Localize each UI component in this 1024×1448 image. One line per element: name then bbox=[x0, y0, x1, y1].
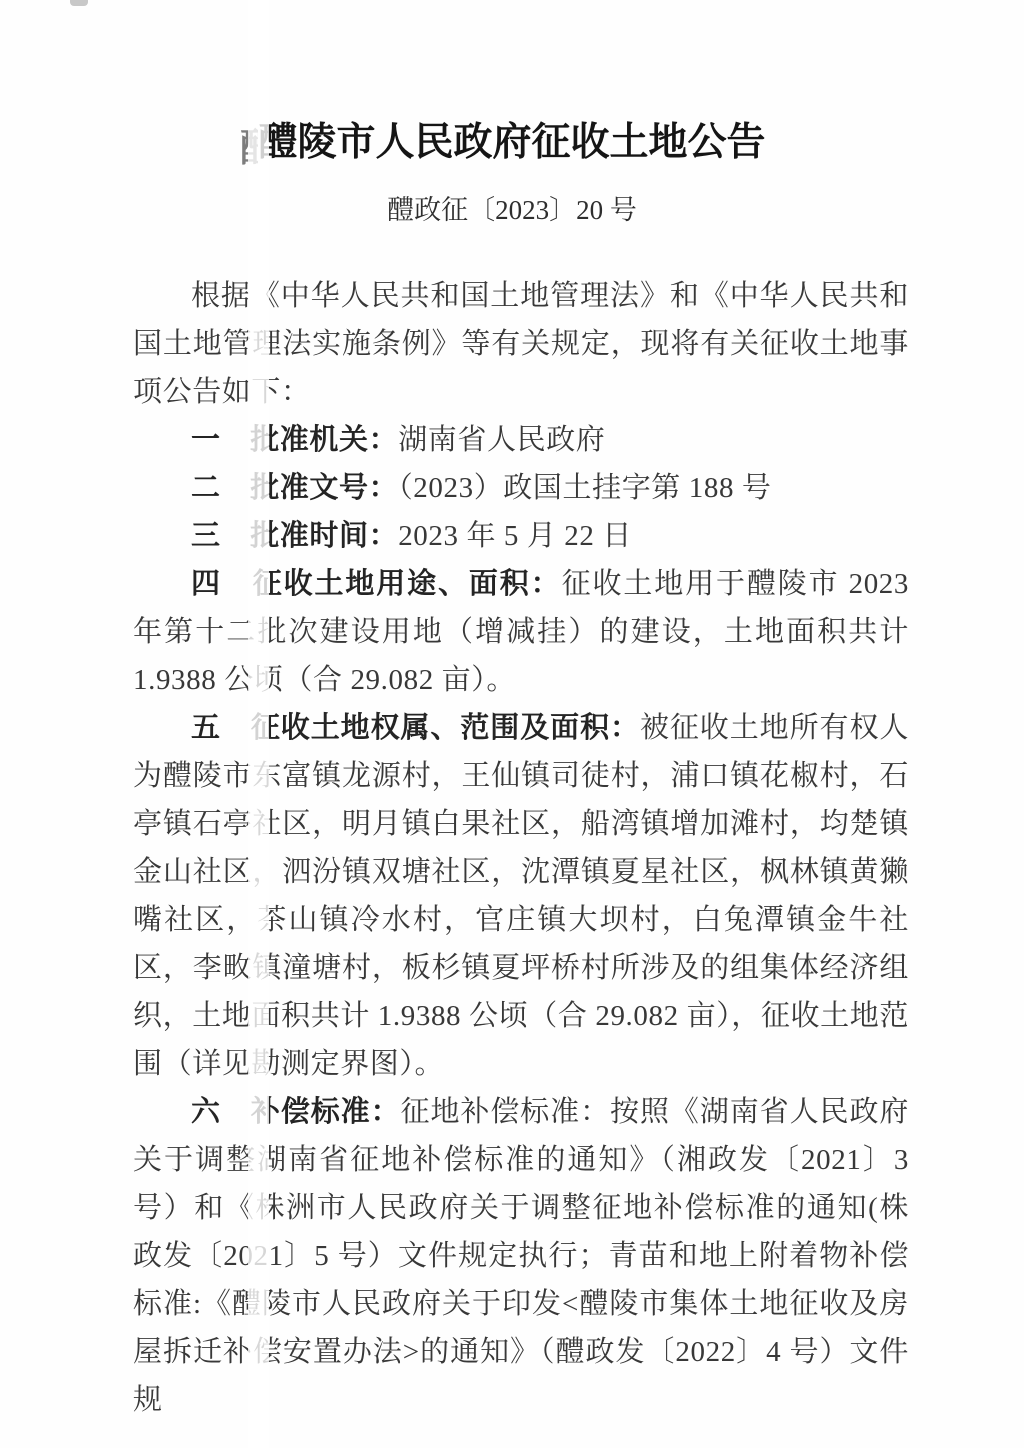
document-number: 醴政征〔2023〕20 号 bbox=[0, 192, 1024, 228]
item-1-label: 一 批准机关： bbox=[191, 424, 398, 456]
intro-paragraph: 根据《中华人民共和国土地管理法》和《中华人民共和国土地管理法实施条例》等有关规定… bbox=[133, 272, 909, 416]
document-page: 醴 醴陵市人民政府征收土地公告 醴政征〔2023〕20 号 根据《中华人民共和国… bbox=[0, 0, 1024, 1448]
item-paragraph-approval-docno: 二 批准文号：（2023）政国土挂字第 188 号 bbox=[133, 464, 909, 512]
item-6-label: 六 补偿标准： bbox=[191, 1096, 401, 1128]
print-ghost-artifact: 醴 bbox=[240, 126, 258, 172]
item-6-text: 征地补偿标准：按照《湖南省人民政府关于调整湖南省征地补偿标准的通知》（湘政发〔2… bbox=[133, 1096, 909, 1416]
item-2-text: （2023）政国土挂字第 188 号 bbox=[398, 472, 771, 504]
item-2-label: 二 批准文号： bbox=[191, 472, 398, 504]
item-3-label: 三 批准时间： bbox=[191, 520, 398, 552]
item-3-text: 2023 年 5 月 22 日 bbox=[398, 520, 632, 552]
document-title: 醴陵市人民政府征收土地公告 bbox=[0, 118, 1024, 168]
document-body: 根据《中华人民共和国土地管理法》和《中华人民共和国土地管理法实施条例》等有关规定… bbox=[133, 272, 909, 1424]
item-4-label: 四 征收土地用途、面积： bbox=[191, 568, 562, 600]
item-1-text: 湖南省人民政府 bbox=[398, 424, 605, 456]
item-paragraph-compensation-standard: 六 补偿标准：征地补偿标准：按照《湖南省人民政府关于调整湖南省征地补偿标准的通知… bbox=[133, 1088, 909, 1424]
item-5-label: 五 征收土地权属、范围及面积： bbox=[191, 712, 640, 744]
item-5-text: 被征收土地所有权人为醴陵市东富镇龙源村，王仙镇司徒村，浦口镇花椒村，石亭镇石亭社… bbox=[133, 712, 909, 1080]
item-paragraph-ownership-scope: 五 征收土地权属、范围及面积：被征收土地所有权人为醴陵市东富镇龙源村，王仙镇司徒… bbox=[133, 704, 909, 1088]
scan-smudge-artifact bbox=[70, 0, 88, 6]
item-paragraph-approval-authority: 一 批准机关：湖南省人民政府 bbox=[133, 416, 909, 464]
item-paragraph-approval-date: 三 批准时间：2023 年 5 月 22 日 bbox=[133, 512, 909, 560]
item-paragraph-land-use-area: 四 征收土地用途、面积：征收土地用于醴陵市 2023 年第十二批次建设用地（增减… bbox=[133, 560, 909, 704]
